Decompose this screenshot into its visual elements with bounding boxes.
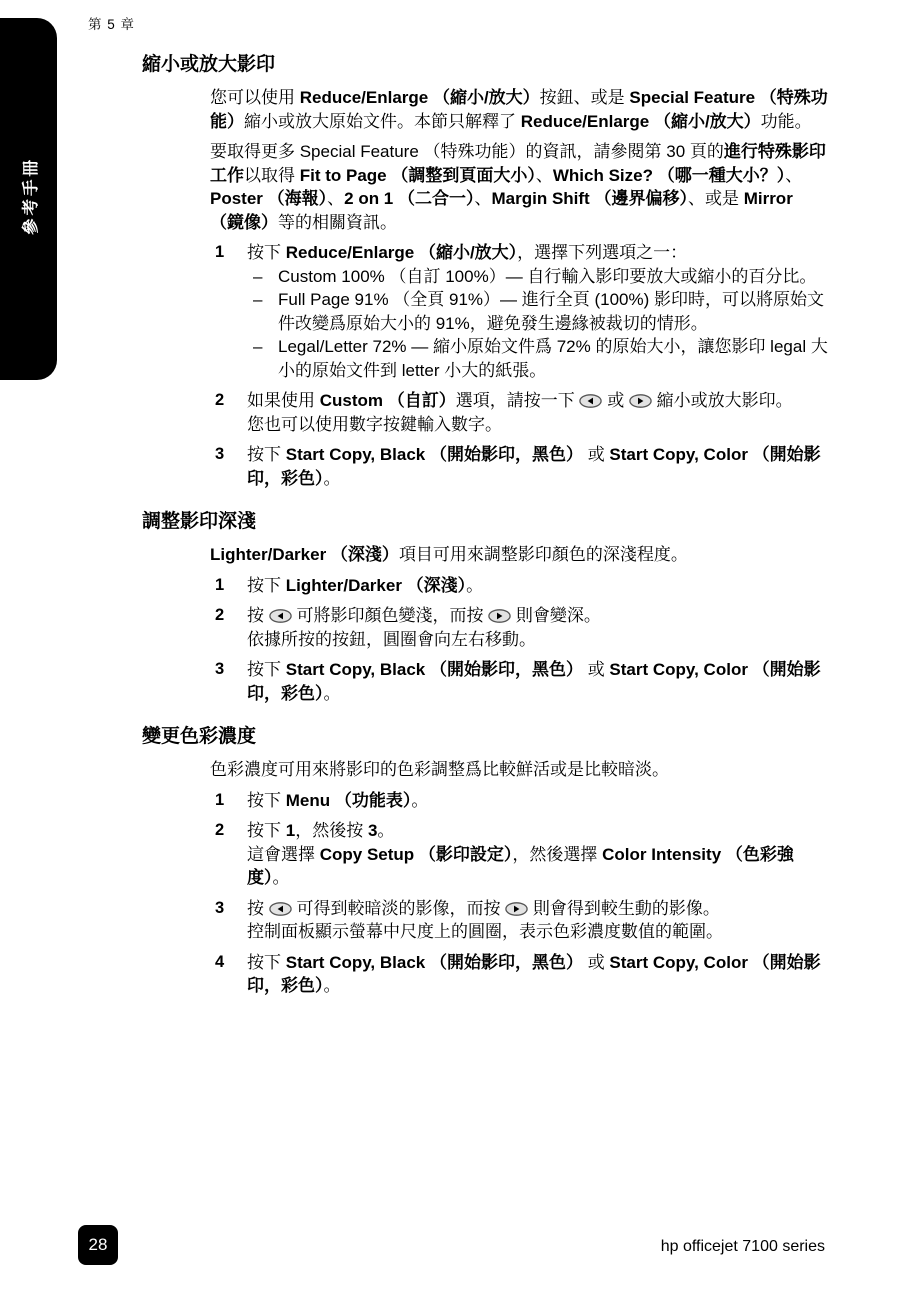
bold-term: 3: [368, 821, 377, 840]
paragraph: 要取得更多 Special Feature （特殊功能）的資訊，請參閱第 30 …: [210, 140, 830, 234]
page-number: 28: [89, 1235, 108, 1255]
text-run: 功能。: [761, 112, 812, 131]
text-run: 要取得更多 Special Feature （特殊功能）的資訊，請參閱第 30 …: [210, 142, 724, 161]
option-text: Custom 100% （自訂 100%）— 自行輸入影印要放大或縮小的百分比。: [278, 265, 829, 289]
step-number: 1: [215, 789, 247, 813]
step-item: 2按 可將影印顏色變淺，而按 則會變深。依據所按的按鈕，圓圈會向左右移動。: [215, 604, 832, 651]
step-number: 1: [215, 241, 247, 382]
text-run: 則會得到較生動的影像。: [528, 899, 720, 918]
step-paragraph: 按 可得到較暗淡的影像，而按 則會得到較生動的影像。: [247, 897, 829, 921]
step-number: 2: [215, 819, 247, 890]
text-run: 可得到較暗淡的影像，而按: [292, 899, 505, 918]
step-item: 2按下 1，然後按 3。這會選擇 Copy Setup （影印設定），然後選擇 …: [215, 819, 832, 890]
scroll-left-button-icon: [269, 609, 292, 623]
step-item: 2如果使用 Custom （自訂）選項，請按一下 或 縮小或放大影印。您也可以使…: [215, 389, 832, 436]
step-paragraph: 按下 1，然後按 3。: [247, 819, 829, 843]
text-run: Custom 100% （自訂 100%）— 自行輸入影印要放大或縮小的百分比。: [278, 267, 816, 286]
step-number: 3: [215, 658, 247, 705]
text-run: 或: [583, 445, 609, 464]
bold-term: Reduce/Enlarge （縮小/放大）: [300, 88, 540, 107]
text-run: 按鈕、或是: [540, 88, 630, 107]
text-run: 縮小或放大影印。: [652, 391, 793, 410]
bold-term: Poster （海報）: [210, 189, 327, 208]
bold-term: Copy Setup （影印設定）: [320, 845, 513, 864]
step-body: 按下 Start Copy, Black （開始影印，黑色） 或 Start C…: [247, 951, 829, 998]
text-run: 色彩濃度可用來將影印的色彩調整爲比較鮮活或是比較暗淡。: [210, 760, 669, 779]
step-item: 3按下 Start Copy, Black （開始影印，黑色） 或 Start …: [215, 443, 832, 490]
side-tab: 參考手冊: [0, 18, 57, 380]
text-run: 按: [247, 606, 269, 625]
bold-term: Which Size? （哪一種大小？）: [553, 166, 785, 185]
step-paragraph: 按下 Start Copy, Black （開始影印，黑色） 或 Start C…: [247, 658, 829, 705]
text-run: 您也可以使用數字按鍵輸入數字。: [247, 415, 502, 434]
text-run: 或: [583, 953, 609, 972]
step-paragraph: 按下 Lighter/Darker （深淺）。: [247, 574, 829, 598]
text-run: 按下: [247, 576, 286, 595]
text-run: 、或是: [688, 189, 744, 208]
dash-bullet: –: [253, 265, 278, 289]
text-run: 、: [475, 189, 492, 208]
text-run: 控制面板顯示螢幕中尺度上的圓圈，表示色彩濃度數值的範圍。: [247, 922, 723, 941]
text-run: 選項，請按一下: [456, 391, 580, 410]
step-number: 3: [215, 443, 247, 490]
bold-term: Menu （功能表）: [286, 791, 412, 810]
bold-term: 2 on 1 （二合一）: [344, 189, 474, 208]
step-body: 按下 Reduce/Enlarge （縮小/放大），選擇下列選項之一：–Cust…: [247, 241, 829, 382]
page-content: 縮小或放大影印您可以使用 Reduce/Enlarge （縮小/放大）按鈕、或是…: [142, 53, 832, 1005]
text-run: ，然後按: [295, 821, 368, 840]
text-run: 您可以使用: [210, 88, 300, 107]
step-number: 3: [215, 897, 247, 944]
step-number: 1: [215, 574, 247, 598]
text-run: 等的相關資訊。: [278, 213, 397, 232]
dash-bullet: –: [253, 288, 278, 335]
text-run: 按下: [247, 953, 286, 972]
step-paragraph: 按下 Start Copy, Black （開始影印，黑色） 或 Start C…: [247, 443, 829, 490]
paragraph: Lighter/Darker （深淺）項目可用來調整影印顏色的深淺程度。: [210, 543, 830, 567]
text-run: 、: [785, 166, 802, 185]
step-paragraph: 按下 Menu （功能表）。: [247, 789, 829, 813]
text-run: 或: [602, 391, 628, 410]
text-run: ，然後選擇: [512, 845, 602, 864]
section-3: 變更色彩濃度色彩濃度可用來將影印的色彩調整爲比較鮮活或是比較暗淡。1按下 Men…: [142, 725, 832, 998]
step-paragraph: 按 可將影印顏色變淺，而按 則會變深。: [247, 604, 829, 628]
bold-term: 1: [286, 821, 295, 840]
option-item: –Custom 100% （自訂 100%）— 自行輸入影印要放大或縮小的百分比…: [253, 265, 829, 289]
step-item: 1按下 Lighter/Darker （深淺）。: [215, 574, 832, 598]
step-paragraph: 這會選擇 Copy Setup （影印設定），然後選擇 Color Intens…: [247, 843, 829, 890]
text-run: Legal/Letter 72% — 縮小原始文件爲 72% 的原始大小，讓您影…: [278, 337, 828, 380]
option-text: Full Page 91% （全頁 91%）— 進行全頁 (100%) 影印時，…: [278, 288, 829, 335]
footer-brand: hp officejet 7100 series: [661, 1238, 825, 1256]
bold-term: Margin Shift （邊界偏移）: [492, 189, 688, 208]
step-item: 3按 可得到較暗淡的影像，而按 則會得到較生動的影像。控制面板顯示螢幕中尺度上的…: [215, 897, 832, 944]
text-run: 。: [324, 684, 341, 703]
text-run: 。: [466, 576, 483, 595]
paragraph: 色彩濃度可用來將影印的色彩調整爲比較鮮活或是比較暗淡。: [210, 758, 830, 782]
sections-container: 縮小或放大影印您可以使用 Reduce/Enlarge （縮小/放大）按鈕、或是…: [142, 53, 832, 998]
step-body: 按下 Lighter/Darker （深淺）。: [247, 574, 829, 598]
option-item: –Full Page 91% （全頁 91%）— 進行全頁 (100%) 影印時…: [253, 288, 829, 335]
section-heading: 變更色彩濃度: [142, 725, 832, 749]
section-1: 縮小或放大影印您可以使用 Reduce/Enlarge （縮小/放大）按鈕、或是…: [142, 53, 832, 490]
step-number: 2: [215, 604, 247, 651]
dash-bullet: –: [253, 335, 278, 382]
text-run: Full Page 91% （全頁 91%）— 進行全頁 (100%) 影印時，…: [278, 290, 824, 333]
step-body: 按下 Menu （功能表）。: [247, 789, 829, 813]
step-body: 按 可得到較暗淡的影像，而按 則會得到較生動的影像。控制面板顯示螢幕中尺度上的圓…: [247, 897, 829, 944]
text-run: 。: [377, 821, 394, 840]
step-item: 3按下 Start Copy, Black （開始影印，黑色） 或 Start …: [215, 658, 832, 705]
step-number: 4: [215, 951, 247, 998]
bold-term: Reduce/Enlarge （縮小/放大）: [286, 243, 517, 262]
text-run: 按: [247, 899, 269, 918]
text-run: 按下: [247, 243, 286, 262]
text-run: 則會變深。: [511, 606, 601, 625]
step-item: 1按下 Reduce/Enlarge （縮小/放大），選擇下列選項之一：–Cus…: [215, 241, 832, 382]
step-paragraph: 您也可以使用數字按鍵輸入數字。: [247, 413, 829, 437]
option-item: –Legal/Letter 72% — 縮小原始文件爲 72% 的原始大小，讓您…: [253, 335, 829, 382]
step-paragraph: 按下 Start Copy, Black （開始影印，黑色） 或 Start C…: [247, 951, 829, 998]
text-run: 、: [536, 166, 553, 185]
text-run: 按下: [247, 791, 286, 810]
step-body: 按下 Start Copy, Black （開始影印，黑色） 或 Start C…: [247, 443, 829, 490]
text-run: 如果使用: [247, 391, 320, 410]
option-text: Legal/Letter 72% — 縮小原始文件爲 72% 的原始大小，讓您影…: [278, 335, 829, 382]
text-run: 這會選擇: [247, 845, 320, 864]
text-run: 。: [411, 791, 428, 810]
page-number-box: 28: [78, 1225, 118, 1265]
text-run: 依據所按的按鈕，圓圈會向左右移動。: [247, 630, 536, 649]
text-run: 縮小或放大原始文件。本節只解釋了: [244, 112, 521, 131]
step-item: 4按下 Start Copy, Black （開始影印，黑色） 或 Start …: [215, 951, 832, 998]
step-body: 如果使用 Custom （自訂）選項，請按一下 或 縮小或放大影印。您也可以使用…: [247, 389, 829, 436]
bold-term: Custom （自訂）: [320, 391, 456, 410]
text-run: 。: [324, 469, 341, 488]
step-body: 按 可將影印顏色變淺，而按 則會變深。依據所按的按鈕，圓圈會向左右移動。: [247, 604, 829, 651]
section-2: 調整影印深淺Lighter/Darker （深淺）項目可用來調整影印顏色的深淺程…: [142, 510, 832, 705]
text-run: 按下: [247, 821, 286, 840]
step-paragraph: 如果使用 Custom （自訂）選項，請按一下 或 縮小或放大影印。: [247, 389, 829, 413]
text-run: 、: [327, 189, 344, 208]
manual-page: 第 5 章 參考手冊 縮小或放大影印您可以使用 Reduce/Enlarge （…: [0, 0, 922, 1296]
bold-term: Lighter/Darker （深淺）: [286, 576, 466, 595]
text-run: 。: [273, 868, 290, 887]
step-paragraph: 依據所按的按鈕，圓圈會向左右移動。: [247, 628, 829, 652]
bold-term: Lighter/Darker （深淺）: [210, 545, 399, 564]
scroll-right-button-icon: [488, 609, 511, 623]
text-run: 可將影印顏色變淺，而按: [292, 606, 488, 625]
step-number: 2: [215, 389, 247, 436]
step-body: 按下 1，然後按 3。這會選擇 Copy Setup （影印設定），然後選擇 C…: [247, 819, 829, 890]
side-tab-label: 參考手冊: [17, 157, 41, 235]
section-heading: 縮小或放大影印: [142, 53, 832, 77]
text-run: 項目可用來調整影印顏色的深淺程度。: [399, 545, 688, 564]
section-heading: 調整影印深淺: [142, 510, 832, 534]
text-run: 按下: [247, 660, 286, 679]
step-item: 1按下 Menu （功能表）。: [215, 789, 832, 813]
text-run: ，選擇下列選項之一：: [517, 243, 687, 262]
bold-term: Start Copy, Black （開始影印，黑色）: [286, 953, 583, 972]
paragraph: 您可以使用 Reduce/Enlarge （縮小/放大）按鈕、或是 Specia…: [210, 86, 830, 133]
scroll-left-button-icon: [579, 394, 602, 408]
text-run: 。: [324, 976, 341, 995]
step-body: 按下 Start Copy, Black （開始影印，黑色） 或 Start C…: [247, 658, 829, 705]
step-paragraph: 控制面板顯示螢幕中尺度上的圓圈，表示色彩濃度數值的範圍。: [247, 920, 829, 944]
text-run: 或: [583, 660, 609, 679]
scroll-right-button-icon: [629, 394, 652, 408]
bold-term: Start Copy, Black （開始影印，黑色）: [286, 660, 583, 679]
bold-term: Start Copy, Black （開始影印，黑色）: [286, 445, 583, 464]
bold-term: Fit to Page （調整到頁面大小）: [300, 166, 536, 185]
scroll-left-button-icon: [269, 902, 292, 916]
text-run: 按下: [247, 445, 286, 464]
text-run: 以取得: [244, 166, 300, 185]
step-paragraph: 按下 Reduce/Enlarge （縮小/放大），選擇下列選項之一：: [247, 241, 829, 265]
bold-term: Reduce/Enlarge （縮小/放大）: [521, 112, 761, 131]
chapter-label: 第 5 章: [88, 13, 135, 33]
scroll-right-button-icon: [505, 902, 528, 916]
